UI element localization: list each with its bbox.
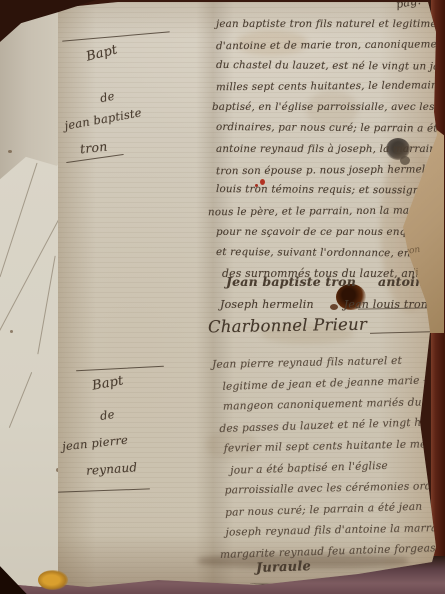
margin-dash — [76, 366, 164, 372]
paper-speck — [8, 150, 12, 153]
margin-dash — [66, 154, 124, 163]
priest-signature-heading: Charbonnel Prieur — [208, 315, 367, 337]
manuscript-line: baptisé, en l'église parroissialle, avec… — [212, 97, 445, 118]
manuscript-line: milles sept cents huitantes, le lendemai… — [216, 75, 445, 98]
record1-signatures-row1: Jean baptiste tron antoine reynaud — [226, 274, 445, 289]
manuscript-line: antoine reynaud fils à joseph, la marrai… — [216, 139, 445, 160]
manuscript-line: d'antoine et de marie tron, canoniquemen… — [216, 34, 445, 57]
margin-note-record1-word: Bapt — [85, 42, 119, 64]
margin-note-record2-word: Bapt — [91, 373, 125, 393]
margin-note-record1-word: de — [99, 89, 116, 106]
manuscript-page: pag. Bapt de jean baptiste tron jean bap… — [58, 2, 440, 594]
margin-note-record2-word: jean pierre — [61, 433, 128, 454]
manuscript-line: du chastel du lauzet, est né le vingt un… — [216, 55, 445, 78]
record1-signatures-row2: Joseph hermelin Jean louis tron — [220, 298, 428, 311]
margin-note-record1-word: tron — [79, 139, 108, 157]
page-number: pag. — [395, 0, 422, 11]
record2-body-text: Jean pierre reynaud fils naturel et legi… — [222, 349, 445, 564]
signature: Jean baptiste tron — [226, 274, 356, 289]
margin-note-record2-word: reynaud — [86, 460, 138, 478]
manuscript-photo: von di pag. Bapt de jean baptiste tron j… — [0, 0, 445, 594]
paper-speck — [10, 330, 13, 333]
manuscript-line: louis tron témoins requis; et soussignés — [216, 179, 445, 202]
margin-dash — [58, 488, 150, 493]
margin-note-record2-word: de — [99, 407, 115, 423]
heading-rule-line — [370, 331, 434, 334]
manuscript-line: ordinaires, par nous curé; le parrain a … — [216, 117, 445, 140]
margin-note-record1-word: jean baptiste — [63, 105, 142, 132]
record2-signature: Juraule — [256, 559, 311, 576]
manuscript-line: jean baptiste tron fils naturel et legit… — [216, 14, 445, 35]
manuscript-line: tron son épouse p. nous joseph hermellin — [216, 158, 445, 181]
signature: Jean louis tron — [344, 298, 428, 311]
amber-spot — [38, 570, 68, 590]
margin-dash — [62, 31, 170, 42]
signature: Joseph hermelin — [220, 298, 314, 311]
